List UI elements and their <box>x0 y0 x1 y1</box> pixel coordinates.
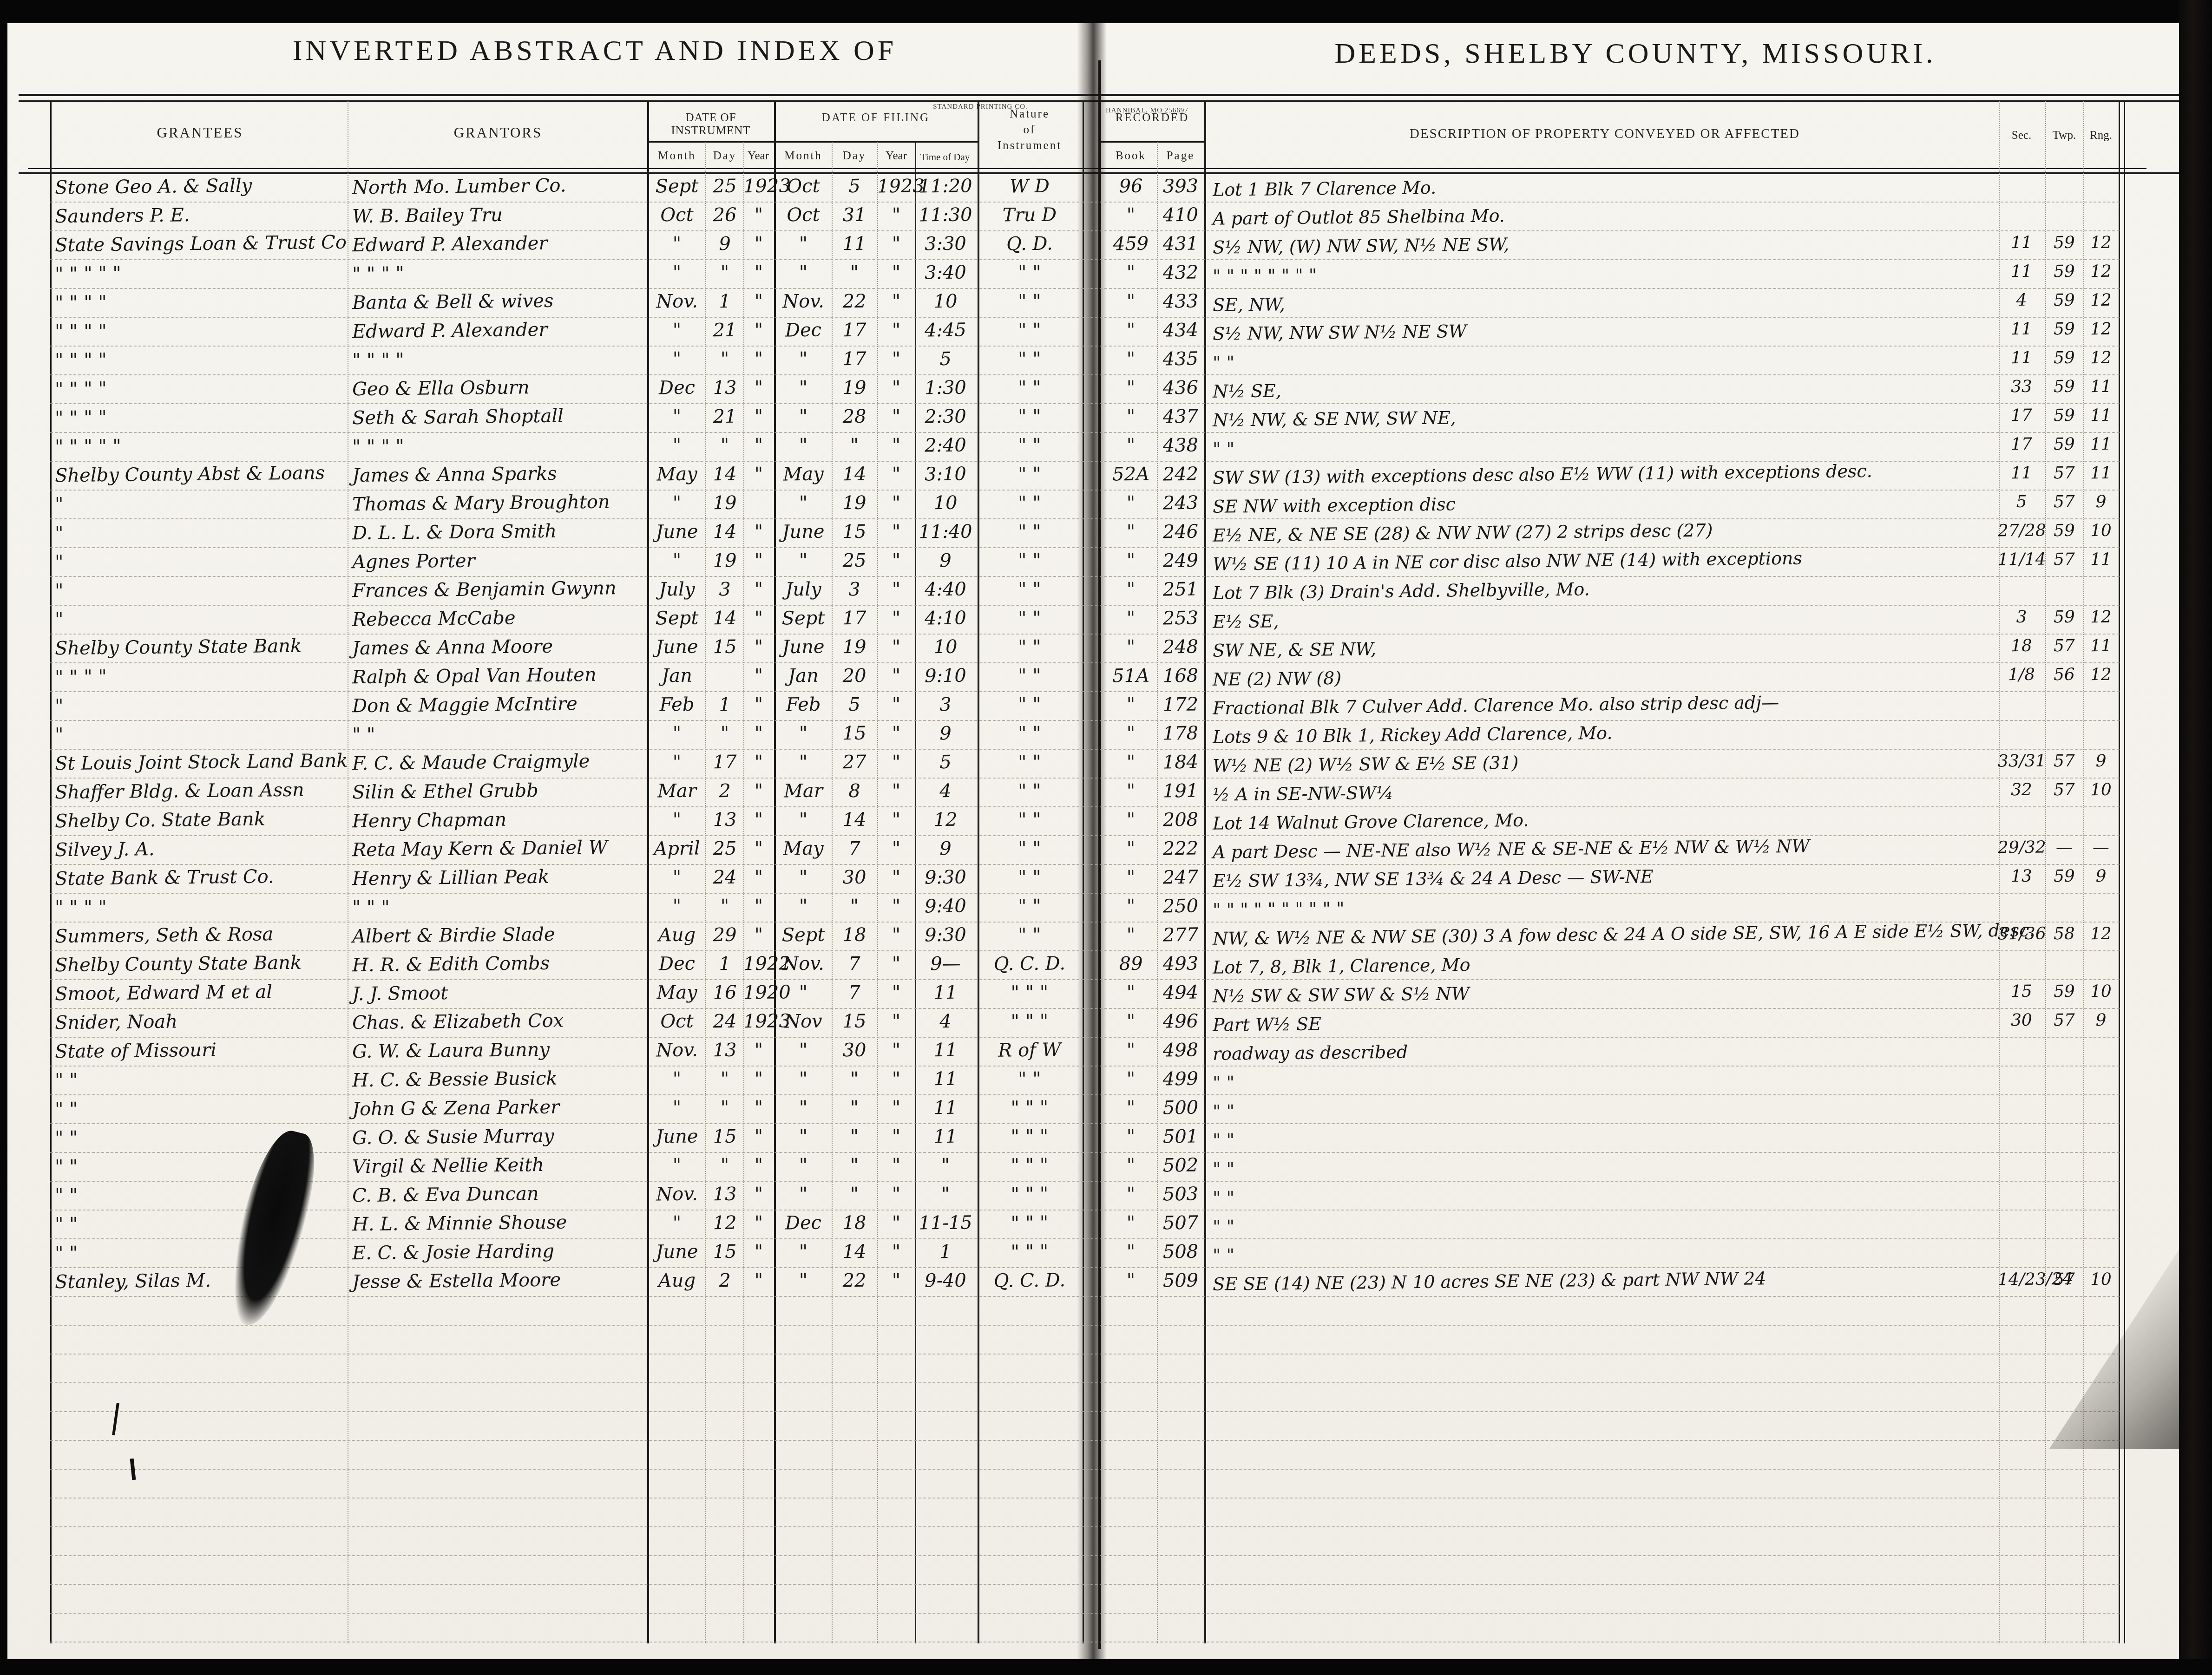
file-month-cell: " <box>776 1097 831 1119</box>
inst-year-cell: " <box>743 348 774 370</box>
inst-day-cell: 3 <box>705 579 744 601</box>
ledger-row: St Louis Joint Stock Land BankF. C. & Ma… <box>0 750 2165 779</box>
inst-month-cell: Nov. <box>650 290 704 312</box>
inst-year-cell: " <box>743 780 774 802</box>
inst-month-cell: Aug <box>650 1269 704 1291</box>
book-cell: " <box>1106 1068 1156 1090</box>
twp-cell: 57 <box>2045 636 2083 656</box>
rng-cell: 12 <box>2083 665 2119 685</box>
grantors-cell: J. J. Smoot <box>352 981 644 1005</box>
inst-day-cell: 14 <box>705 464 744 485</box>
left-page-title: INVERTED ABSTRACT AND INDEX OF <box>260 34 929 67</box>
col-date-of-instrument: DATE OF INSTRUMENT <box>649 111 773 137</box>
book-cell: " <box>1106 694 1156 715</box>
ledger-row: " " " " "" " " """""""3:40" ""432" " " "… <box>0 260 2165 289</box>
grantees-cell: State Bank & Trust Co. <box>55 865 345 890</box>
inst-year-cell: " <box>743 406 774 428</box>
time-cell: 3:30 <box>914 233 977 255</box>
grantees-cell: " <box>55 549 345 573</box>
grantees-cell: " " " " " <box>55 433 345 458</box>
file-year-cell: " <box>877 982 915 1004</box>
description-cell: " " <box>1213 431 1997 459</box>
grantors-cell: John G & Zena Parker <box>352 1096 644 1120</box>
row-line <box>50 806 2120 807</box>
page-cell: 494 <box>1158 981 1203 1003</box>
page-cell: 248 <box>1158 636 1203 658</box>
twp-cell: 57 <box>2045 1011 2083 1030</box>
twp-cell: 59 <box>2045 320 2083 339</box>
inst-day-cell: 29 <box>705 924 744 946</box>
twp-cell: 59 <box>2045 233 2083 253</box>
file-day-cell: 7 <box>832 953 877 975</box>
grantees-cell: " <box>55 693 345 717</box>
row-line <box>50 1469 2120 1470</box>
book-cell: " <box>1106 377 1156 399</box>
row-line <box>50 1354 2120 1354</box>
grantees-cell: " <box>55 491 345 516</box>
description-cell: E½ NE, & NE SE (28) & NW NW (27) 2 strip… <box>1213 517 1997 546</box>
book-cell: " <box>1106 1212 1156 1234</box>
page-cell: 438 <box>1158 434 1203 456</box>
inst-month-cell: Aug <box>650 924 704 946</box>
inst-year-cell: " <box>743 233 774 255</box>
file-year-cell: " <box>877 1011 915 1033</box>
ledger-row: " "Virgil & Nellie Keith"""""""" " ""502… <box>0 1153 2165 1182</box>
file-day-cell: 17 <box>832 348 877 370</box>
col-inst-month: Month <box>650 150 704 163</box>
description-cell: " " <box>1213 1064 1997 1093</box>
page-cell: 242 <box>1158 463 1203 485</box>
inst-year-cell: " <box>743 838 774 860</box>
file-year-cell: " <box>877 1126 915 1148</box>
nature-cell: " " " <box>979 981 1080 1004</box>
time-cell: 3:40 <box>914 262 977 283</box>
page-cell: 251 <box>1158 578 1203 600</box>
file-year-cell: " <box>877 406 915 428</box>
grantors-cell: W. B. Bailey Tru <box>352 203 644 228</box>
time-cell: 9:10 <box>914 665 977 687</box>
ledger-row: " "G. O. & Susie MurrayJune15""""11" " "… <box>0 1124 2165 1153</box>
inst-year-cell: " <box>743 636 774 658</box>
book-cell: " <box>1106 578 1156 600</box>
inst-day-cell: 19 <box>705 550 744 572</box>
inst-year-cell: " <box>743 694 774 716</box>
rng-cell: 10 <box>2083 982 2119 1001</box>
grantors-cell: Virgil & Nellie Keith <box>352 1153 644 1178</box>
ledger-row: "Agnes Porter"19""25"9" ""249W½ SE (11) … <box>0 548 2165 577</box>
file-day-cell: " <box>832 1068 877 1090</box>
file-year-cell: " <box>877 953 915 975</box>
book-cell: " <box>1106 636 1156 658</box>
book-cell: " <box>1106 1183 1156 1205</box>
nature-cell: " " <box>979 521 1080 543</box>
inst-day-cell: 2 <box>705 780 744 802</box>
book-cell: " <box>1106 837 1156 859</box>
inst-month-cell: Nov. <box>650 1183 704 1205</box>
file-month-cell: Nov. <box>776 953 831 975</box>
grantees-cell: State Savings Loan & Trust Co <box>55 232 345 256</box>
rng-cell: 12 <box>2083 924 2119 944</box>
file-day-cell: 15 <box>832 722 877 744</box>
book-cell: " <box>1106 204 1156 226</box>
book-cell: " <box>1106 319 1156 341</box>
book-cell: " <box>1106 607 1156 629</box>
sec-cell: 18 <box>1998 636 2045 655</box>
scan-edge-right <box>2179 0 2212 1675</box>
row-line <box>50 1296 2120 1297</box>
nature-cell: " " <box>979 1068 1080 1090</box>
description-cell: " " <box>1213 1122 1997 1151</box>
col-rng: Rng. <box>2083 129 2119 142</box>
twp-cell: 59 <box>2045 406 2083 425</box>
book-cell: " <box>1106 866 1156 888</box>
file-year-cell: " <box>877 752 915 773</box>
right-page-title: DEEDS, SHELBY COUNTY, MISSOURI. <box>1333 37 1937 70</box>
rng-cell: 10 <box>2083 780 2119 800</box>
description-cell: " " <box>1213 1237 1997 1266</box>
grantees-cell: " " " " <box>55 376 345 400</box>
ledger-row: "D. L. L. & Dora SmithJune14"June15"11:4… <box>0 519 2165 548</box>
file-month-cell: " <box>776 1183 831 1205</box>
grantors-cell: H. R. & Edith Combs <box>352 952 644 976</box>
row-line <box>50 259 2120 260</box>
time-cell: 4:10 <box>914 607 977 629</box>
nature-cell: " " <box>979 550 1080 572</box>
description-cell: N½ SW & SW SW & S½ NW <box>1213 978 1997 1007</box>
inst-month-cell: June <box>650 1241 704 1263</box>
nature-cell: " " " <box>979 1212 1080 1234</box>
file-month-cell: Feb <box>776 694 831 715</box>
time-cell: 9 <box>914 837 977 859</box>
time-cell: 3 <box>914 694 977 715</box>
grantees-cell: Shelby County Abst & Loans <box>55 462 345 487</box>
file-day-cell: 19 <box>832 636 877 658</box>
file-year-cell: " <box>877 838 915 860</box>
file-day-cell: 17 <box>832 319 877 341</box>
description-cell: W½ NE (2) W½ SW & E½ SE (31) <box>1213 747 1997 776</box>
ledger-row: "Rebecca McCabeSept14"Sept17"4:10" ""253… <box>0 606 2165 635</box>
file-year-cell: " <box>877 492 915 514</box>
rng-cell: 9 <box>2083 492 2119 512</box>
page-cell: 249 <box>1158 550 1203 571</box>
inst-day-cell: 1 <box>705 291 744 313</box>
grantors-cell: Jesse & Estella Moore <box>352 1269 644 1293</box>
grantors-cell: Reta May Kern & Daniel W <box>352 837 644 861</box>
twp-cell: 57 <box>2045 464 2083 483</box>
inst-year-cell: " <box>743 1097 774 1119</box>
file-month-cell: Dec <box>776 1212 831 1234</box>
ledger-row: " "John G & Zena Parker""""""11" " ""500… <box>0 1095 2165 1124</box>
file-month-cell: " <box>776 492 831 514</box>
row-line <box>50 893 2120 894</box>
file-month-cell: " <box>776 434 831 456</box>
grantees-cell: " " " " <box>55 405 345 429</box>
description-cell: N½ SE, <box>1213 373 1997 402</box>
sec-cell: 31/36 <box>1998 924 2045 943</box>
book-cell: " <box>1106 290 1156 312</box>
row-line <box>50 1008 2120 1009</box>
ledger-row: " " " "Ralph & Opal Van HoutenJan"Jan20"… <box>0 663 2165 692</box>
sec-cell: 11 <box>1998 348 2045 367</box>
ledger-row: Summers, Seth & RosaAlbert & Birdie Slad… <box>0 923 2165 951</box>
row-line <box>50 1526 2120 1527</box>
file-month-cell: " <box>776 1068 831 1090</box>
row-line <box>50 1498 2120 1498</box>
inst-year-cell: " <box>743 291 774 313</box>
file-month-cell: June <box>776 521 831 543</box>
grantors-cell: Agnes Porter <box>352 549 644 573</box>
inst-day-cell: 17 <box>705 752 744 773</box>
nature-cell: " " " <box>979 1183 1080 1205</box>
twp-cell: 57 <box>2045 492 2083 512</box>
inst-day-cell: " <box>705 723 744 745</box>
sec-cell: 11 <box>1998 262 2045 281</box>
grantors-cell: Ralph & Opal Van Houten <box>352 664 644 688</box>
file-year-cell: " <box>877 348 915 370</box>
row-line <box>50 1238 2120 1239</box>
file-month-cell: " <box>776 1125 831 1147</box>
grantees-cell: State of Missouri <box>55 1038 345 1063</box>
inst-year-cell: " <box>743 320 774 341</box>
inst-day-cell: 13 <box>705 377 744 399</box>
sec-cell: 27/28 <box>1998 521 2045 540</box>
row-line <box>50 634 2120 635</box>
inst-month-cell: Oct <box>650 204 704 226</box>
inst-year-cell: " <box>743 435 774 457</box>
nature-cell: " " <box>979 463 1080 485</box>
nature-cell: " " <box>979 607 1080 629</box>
file-day-cell: 22 <box>832 290 877 312</box>
description-cell: N½ NW, & SE NW, SW NE, <box>1213 402 1997 431</box>
inst-day-cell: 2 <box>705 1270 744 1292</box>
inst-day-cell: 25 <box>705 176 744 197</box>
row-line <box>50 547 2120 548</box>
grantors-cell: G. O. & Susie Murray <box>352 1125 644 1149</box>
rng-cell: 10 <box>2083 1270 2119 1289</box>
grantors-cell: Silin & Ethel Grubb <box>352 779 644 804</box>
ledger-row: State of MissouriG. W. & Laura BunnyNov.… <box>0 1038 2165 1067</box>
nature-cell: " " <box>979 780 1080 802</box>
col-file-month: Month <box>776 150 831 163</box>
file-year-cell: " <box>877 233 915 255</box>
row-line <box>50 576 2120 577</box>
page-cell: 178 <box>1158 722 1203 744</box>
inst-day-cell: 21 <box>705 320 744 341</box>
row-line <box>50 346 2120 347</box>
book-cell: 51A <box>1106 665 1156 687</box>
row-line <box>50 1642 2120 1642</box>
book-cell: " <box>1106 1097 1156 1119</box>
file-day-cell: " <box>832 1097 877 1119</box>
inst-year-cell: " <box>743 1184 774 1205</box>
page-cell: 243 <box>1158 492 1203 514</box>
sec-cell: 13 <box>1998 866 2045 886</box>
scan-edge-top <box>0 0 2212 23</box>
time-cell: 11 <box>914 981 977 1003</box>
file-day-cell: 5 <box>832 175 877 197</box>
inst-day-cell: 16 <box>705 982 744 1004</box>
file-month-cell: Jan <box>776 665 831 687</box>
file-month-cell: " <box>776 981 831 1003</box>
inst-year-cell: " <box>743 608 774 629</box>
time-cell: 11 <box>914 1068 977 1090</box>
time-cell: 10 <box>914 290 977 312</box>
inst-year-cell: " <box>743 1212 774 1234</box>
ledger-row: Snider, NoahChas. & Elizabeth CoxOct2419… <box>0 1009 2165 1038</box>
ledger-row: " " " "Edward P. Alexander"21"Dec17"4:45… <box>0 318 2165 347</box>
nature-cell: Q. C. D. <box>979 953 1080 975</box>
rng-cell: 10 <box>2083 521 2119 541</box>
time-cell: 5 <box>914 751 977 773</box>
description-cell: Part W½ SE <box>1213 1007 1997 1035</box>
nature-cell: " " <box>979 348 1080 370</box>
time-cell: 11:40 <box>914 521 977 543</box>
rng-cell: 11 <box>2083 550 2119 569</box>
file-year-cell: " <box>877 694 915 716</box>
description-cell: " " " " " " " " " " <box>1213 891 1997 920</box>
ledger-row: Smoot, Edward M et alJ. J. SmootMay16192… <box>0 980 2165 1009</box>
inst-year-cell: 1922 <box>743 953 774 975</box>
time-cell: 2:40 <box>914 434 977 456</box>
row-line <box>50 1066 2120 1067</box>
description-cell: E½ SE, <box>1213 603 1997 632</box>
col-page: Page <box>1158 150 1203 163</box>
file-year-cell: " <box>877 1068 915 1090</box>
file-month-cell: " <box>776 809 831 831</box>
file-day-cell: 31 <box>832 204 877 226</box>
nature-cell: " " " <box>979 1125 1080 1148</box>
col-file-day: Day <box>832 150 877 163</box>
col-sec: Sec. <box>1998 129 2045 142</box>
inst-day-cell: " <box>705 1068 744 1090</box>
grantors-cell: Chas. & Elizabeth Cox <box>352 1009 644 1034</box>
inst-month-cell: Sept <box>650 607 704 629</box>
time-cell: 11:20 <box>914 175 977 197</box>
book-cell: " <box>1106 521 1156 543</box>
file-month-cell: " <box>776 751 831 773</box>
twp-cell: 58 <box>2045 924 2083 944</box>
inst-month-cell: Jan <box>650 665 704 687</box>
grantors-cell: Edward P. Alexander <box>352 232 644 256</box>
book-cell: " <box>1106 1269 1156 1291</box>
col-nature-2: of <box>979 124 1080 137</box>
grantors-cell: Edward P. Alexander <box>352 318 644 343</box>
description-cell: Lot 7, 8, Blk 1, Clarence, Mo <box>1213 949 1997 978</box>
inst-month-cell: " <box>650 1212 704 1234</box>
twp-cell: 59 <box>2045 377 2083 397</box>
file-month-cell: Nov. <box>776 290 831 312</box>
row-line <box>50 461 2120 462</box>
grantors-cell: " " " <box>352 894 644 919</box>
sec-cell: 4 <box>1998 290 2045 310</box>
file-day-cell: 25 <box>832 550 877 571</box>
inst-month-cell: June <box>650 636 704 658</box>
book-cell: 52A <box>1106 463 1156 485</box>
ledger-row: Shelby County State BankJames & Anna Moo… <box>0 635 2165 663</box>
sec-cell: 17 <box>1998 406 2045 425</box>
book-cell: " <box>1106 434 1156 456</box>
inst-day-cell: 13 <box>705 1184 744 1205</box>
file-day-cell: " <box>832 262 877 283</box>
inst-month-cell: May <box>650 463 704 485</box>
file-year-cell: " <box>877 1212 915 1234</box>
book-cell: " <box>1106 924 1156 946</box>
inst-year-cell: " <box>743 204 774 226</box>
grantees-cell: Saunders P. E. <box>55 203 345 228</box>
file-year-cell: " <box>877 1155 915 1177</box>
grantors-cell: E. C. & Josie Harding <box>352 1240 644 1264</box>
file-month-cell: Sept <box>776 924 831 946</box>
page-cell: 496 <box>1158 1010 1203 1032</box>
file-day-cell: 14 <box>832 809 877 831</box>
row-line <box>50 1267 2120 1268</box>
file-month-cell: Sept <box>776 607 831 629</box>
grantees-cell: " " <box>55 1096 345 1120</box>
grantors-cell: Seth & Sarah Shoptall <box>352 405 644 429</box>
time-cell: " <box>914 1183 977 1205</box>
file-day-cell: " <box>832 434 877 456</box>
ledger-row: " "H. L. & Minnie Shouse"12"Dec18"11-15"… <box>0 1210 2165 1239</box>
file-year-cell: " <box>877 521 915 543</box>
row-line <box>50 432 2120 433</box>
grantees-cell: Shelby County State Bank <box>55 952 345 976</box>
ledger-row: Silvey J. A.Reta May Kern & Daniel WApri… <box>0 836 2165 865</box>
file-month-cell: " <box>776 895 831 917</box>
rng-cell: 12 <box>2083 608 2119 627</box>
row-line <box>50 662 2120 663</box>
page-cell: 250 <box>1158 895 1203 917</box>
twp-cell: 59 <box>2045 608 2083 627</box>
page-cell: 436 <box>1158 377 1203 399</box>
time-cell: 9 <box>914 550 977 571</box>
page-cell: 191 <box>1158 780 1203 802</box>
page-cell: 507 <box>1158 1212 1203 1234</box>
rng-cell: 11 <box>2083 377 2119 397</box>
page-cell: 410 <box>1158 204 1203 226</box>
grantees-cell: Stone Geo A. & Sally <box>55 174 345 199</box>
file-year-cell: " <box>877 636 915 658</box>
inst-month-cell: " <box>650 1068 704 1090</box>
grantors-cell: " " " " <box>352 433 644 458</box>
file-day-cell: 15 <box>832 1010 877 1032</box>
file-month-cell: Dec <box>776 319 831 341</box>
row-line <box>50 835 2120 836</box>
file-day-cell: 30 <box>832 1039 877 1061</box>
ledger-row: Shelby County Abst & LoansJames & Anna S… <box>0 462 2165 491</box>
page-cell: 508 <box>1158 1241 1203 1263</box>
inst-year-cell: " <box>743 1155 774 1177</box>
file-month-cell: June <box>776 636 831 658</box>
file-month-cell: " <box>776 348 831 370</box>
grantees-cell: " <box>55 721 345 746</box>
file-year-cell: " <box>877 377 915 399</box>
time-cell: 11:30 <box>914 204 977 226</box>
file-month-cell: " <box>776 377 831 399</box>
ledger-row: " "H. C. & Bessie Busick""""""11" ""499"… <box>0 1067 2165 1095</box>
file-month-cell: Nov <box>776 1010 831 1032</box>
file-day-cell: 14 <box>832 463 877 485</box>
file-month-cell: May <box>776 837 831 859</box>
sec-cell: 3 <box>1998 607 2045 627</box>
file-day-cell: 20 <box>832 665 877 687</box>
grantors-cell: C. B. & Eva Duncan <box>352 1182 644 1207</box>
inst-month-cell: Feb <box>650 694 704 715</box>
file-month-cell: Mar <box>776 780 831 802</box>
rule <box>1100 141 1204 143</box>
row-line <box>50 922 2120 923</box>
grantors-cell: Rebecca McCabe <box>352 606 644 631</box>
col-twp: Twp. <box>2045 129 2083 142</box>
